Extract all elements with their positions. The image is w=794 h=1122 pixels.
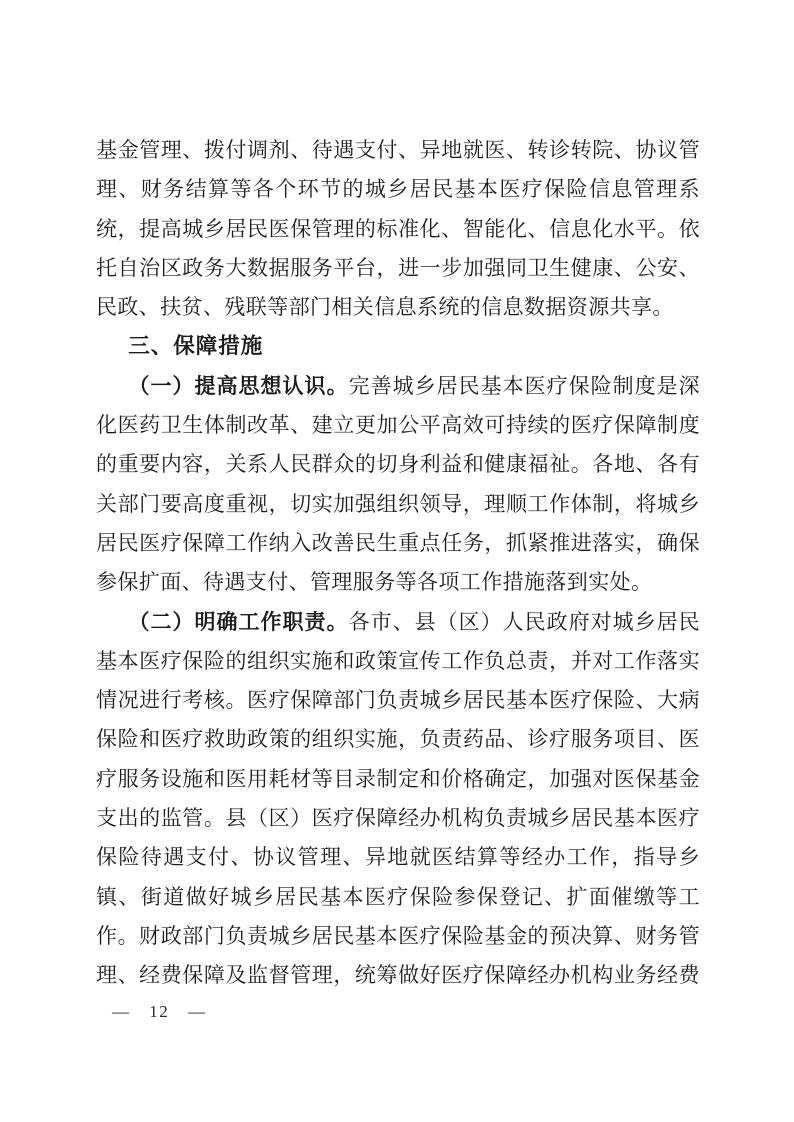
text-line: 理、财务结算等各个环节的城乡居民基本医疗保险信息管理系	[96, 170, 700, 209]
continuation-paragraph: 基金管理、拨付调剂、待遇支付、异地就医、转诊转院、协议管理、财务结算等各个环节的…	[96, 131, 700, 327]
text-line: 基金管理、拨付调剂、待遇支付、异地就医、转诊转院、协议管	[96, 131, 700, 170]
text-line: 保险和医疗救助政策的组织实施，负责药品、诊疗服务项目、医	[96, 720, 700, 759]
text-line: 的重要内容，关系人民群众的切身利益和健康福祉。各地、各有	[96, 445, 700, 484]
section-heading: 三、保障措施	[96, 327, 700, 366]
text-line: 作。财政部门负责城乡居民基本医疗保险基金的预决算、财务管	[96, 917, 700, 956]
text-line: 理、经费保障及监督管理，统筹做好医疗保障经办机构业务经费	[96, 956, 700, 995]
text-line: 民政、扶贫、残联等部门相关信息系统的信息数据资源共享。	[96, 288, 700, 327]
text-line: 疗服务设施和医用耗材等目录制定和价格确定，加强对医保基金	[96, 760, 700, 799]
text-line: 镇、街道做好城乡居民基本医疗保险参保登记、扩面催缴等工	[96, 878, 700, 917]
document-body: 基金管理、拨付调剂、待遇支付、异地就医、转诊转院、协议管理、财务结算等各个环节的…	[96, 131, 700, 996]
text-line: 化医药卫生体制改革、建立更加公平高效可持续的医疗保障制度	[96, 406, 700, 445]
text-line: 参保扩面、待遇支付、管理服务等各项工作措施落到实处。	[96, 563, 700, 602]
text-line: 统，提高城乡居民医保管理的标准化、智能化、信息化水平。依	[96, 210, 700, 249]
text-line: 关部门要高度重视，切实加强组织领导，理顺工作体制，将城乡	[96, 485, 700, 524]
text-line: 情况进行考核。医疗保障部门负责城乡居民基本医疗保险、大病	[96, 681, 700, 720]
text-line: 托自治区政务大数据服务平台，进一步加强同卫生健康、公安、	[96, 249, 700, 288]
paragraph-lead: （一）提高思想认识。	[129, 374, 349, 398]
measure-2-paragraph: （二）明确工作职责。各市、县（区）人民政府对城乡居民基本医疗保险的组织实施和政策…	[96, 603, 700, 996]
text-line: 基本医疗保险的组织实施和政策宣传工作负总责，并对工作落实	[96, 642, 700, 681]
measure-1-paragraph: （一）提高思想认识。完善城乡居民基本医疗保险制度是深化医药卫生体制改革、建立更加…	[96, 367, 700, 603]
text-line: 保险待遇支付、协议管理、异地就医结算等经办工作，指导乡	[96, 838, 700, 877]
text-line: 支出的监管。县（区）医疗保障经办机构负责城乡居民基本医疗	[96, 799, 700, 838]
document-page: { "document": { "language": "zh-CN", "se…	[0, 0, 794, 1122]
page-number: — 12 —	[112, 1002, 207, 1021]
text-line: （一）提高思想认识。完善城乡居民基本医疗保险制度是深	[96, 367, 700, 406]
paragraph-lead: （二）明确工作职责。	[129, 610, 349, 634]
text-line: （二）明确工作职责。各市、县（区）人民政府对城乡居民	[96, 603, 700, 642]
text-line: 居民医疗保障工作纳入改善民生重点任务，抓紧推进落实，确保	[96, 524, 700, 563]
page-footer: — 12 —	[112, 1000, 207, 1024]
